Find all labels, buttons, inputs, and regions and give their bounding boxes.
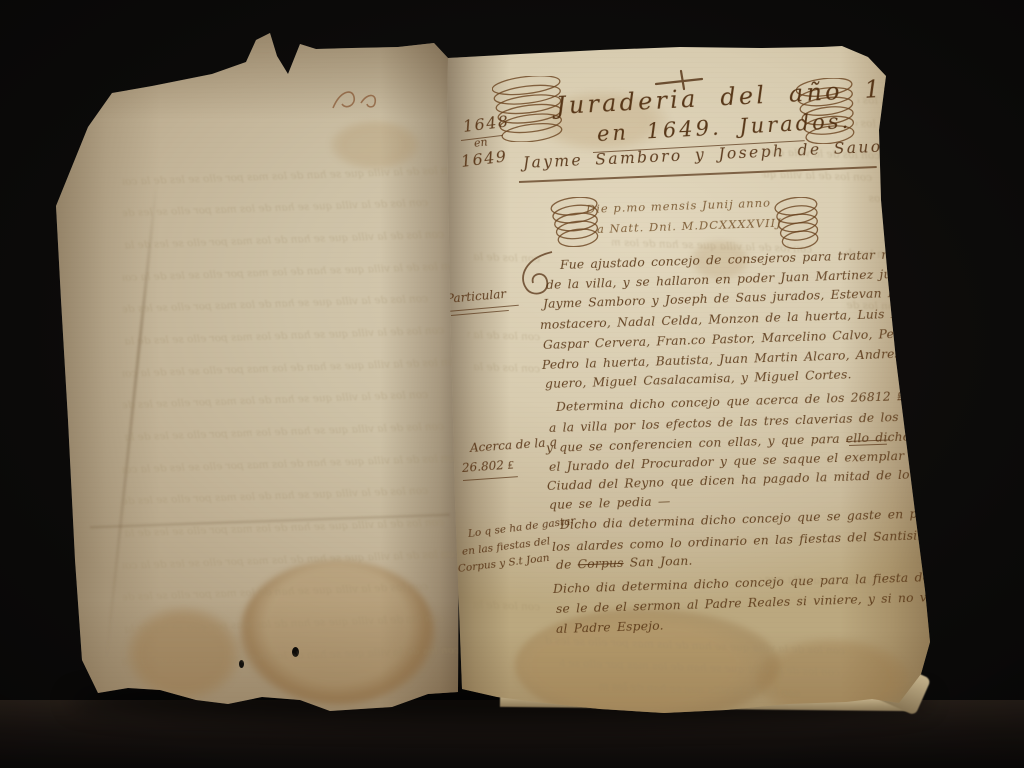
strike-pre: de: [556, 557, 578, 572]
bleed-through-text: con los de la villa que se han de los ma…: [470, 361, 540, 378]
bleed-through-text: con los de la villa que se han de los ma…: [856, 117, 898, 133]
strike-post: San Joan.: [623, 554, 692, 570]
ink-squiggle: [330, 86, 386, 116]
struck-word: Corpus: [577, 556, 623, 571]
bleed-through-text: con los de la villa que se han de los ma…: [866, 192, 906, 208]
bleed-through-text: con los de la villa que se han de los ma…: [845, 299, 900, 316]
manuscript-photo: con los de la villa que se han de los ma…: [0, 0, 1024, 768]
bleed-through-text: con los de la villa que se han de los ma…: [846, 247, 896, 264]
bleed-through-text: con los de la villa que se han de los ma…: [470, 251, 540, 268]
foxing-spot: [330, 120, 420, 170]
bleed-through-text: con los de la villa que se han de los ma…: [470, 599, 540, 616]
bleed-through-text: con los de la villa que se han de los ma…: [858, 94, 900, 110]
bleed-through-text: con los de la villa que se han de los ma…: [468, 329, 540, 347]
calligraphic-coil-flourish: [492, 76, 566, 142]
